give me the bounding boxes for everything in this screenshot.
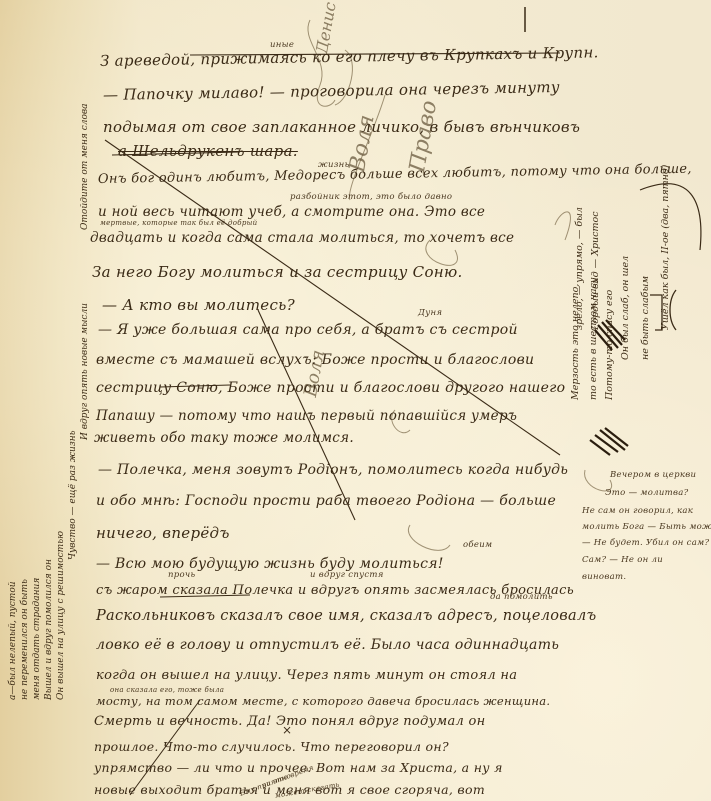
text-line: — Всю мою будущую жизнь буду молиться! [96,556,444,572]
right-margin-note: Ушёл как был, II-ое (два, пятно) [660,165,671,330]
right-lower-note: Сам? — Не он ли [582,555,663,565]
left-margin-note: меня отдать страдания [32,578,42,700]
text-line: вместе съ мамашей вслухъ: Боже прости и … [96,352,534,368]
manuscript-page: × Денис Воля Право Воля З ареведой, приж… [0,0,711,801]
right-margin-note: не быть слабым [640,276,651,360]
text-line: Смерть и вечность. Да! Это понял вдруг п… [94,714,486,729]
text-line: мосту, на том самом месте, с которого да… [96,694,550,708]
interlinear-note: да помолить [490,592,553,602]
left-margin-note: Он вышел на улицу с решимостью [56,531,66,700]
text-line: — Полечка, меня зовутъ Родіонъ, помолите… [98,462,568,478]
left-margin-note: а—был нелепый, пустой [8,581,18,700]
right-margin-note: Он был слаб, он шел [620,256,631,360]
text-line: когда он вышел на улицу. Через пять мину… [96,668,517,683]
text-line: сестрицу Соню, Боже прости и благослови … [96,380,565,396]
text-line: ничего, вперёдъ [96,524,230,542]
text-line: двадцать и когда сама стала молиться, то… [90,230,514,246]
text-line: Папашу — потому что нашъ первый попавшій… [96,408,517,424]
right-margin-note: Потому-то спасу его [604,290,615,400]
interlinear-note: обеим [463,540,492,550]
interlinear-note: Дуня [418,308,442,318]
text-line: ловко её в голову и отпустилъ её. Было ч… [96,637,559,653]
interlinear-note: прочь [168,570,195,580]
right-lower-note: виноват. [582,572,626,582]
text-line: За него Богу молиться и за сестрицу Соню… [92,263,463,281]
interlinear-note: жизнь [318,160,350,170]
interlinear-note: и вдруг спустя [310,570,384,580]
text-line: подымая от свое заплаканное личико, в бы… [103,118,580,136]
text-line: Раскольниковъ сказалъ свое имя, сказалъ … [96,608,596,624]
right-lower-note: Это — молитва? [605,488,688,498]
left-margin-note: не переменился он быть [20,579,30,700]
interlinear-note: разбойник этот, это было давно [290,192,452,202]
interlinear-note: мертвые, которые так был её добрый [100,219,257,227]
text-line: — А кто вы молитесь? [102,296,295,314]
text-line: живеть обо таку тоже молимся. [94,430,354,446]
text-line-struck: а Шельдрукенъ шара. [118,142,298,160]
right-lower-note: Не сам он говорил, как [582,506,693,516]
left-margin-note: Отойдите от меня слова [80,104,90,231]
text-line: — Я уже большая сама про себя, а братъ с… [98,322,518,338]
right-lower-note: молить Бога — Быть может [582,522,711,532]
text-line: и обо мнѣ: Господи прости раба твоего Ро… [96,493,556,509]
text-line: Онъ бог одинъ любитъ, Медоресъ больше вс… [98,162,692,187]
text-line: прошлое. Что-то случилось. Что переговор… [94,739,449,754]
text-line: — Папочку милаво! — проговорила она чере… [103,78,560,104]
left-margin-note: И вдруг опять новые мысли [80,303,90,440]
text-line: З ареведой, прижимаясь ко его плечу въ К… [100,43,599,70]
right-margin-note: Мерзость это нелепо, [570,284,581,400]
right-lower-note: Вечером в церкви [610,470,696,480]
text-line: и ной весь читают учеб, а смотрите она. … [98,204,485,220]
right-lower-note: — Не будет. Убил он сам? [582,538,709,548]
flourish-3: Право [405,99,442,175]
interlinear-note: она сказала его, тоже была [110,686,224,694]
left-margin-note: Чувство — ещё раз жизнь [68,430,78,560]
right-margin-note: то есть в шестом часу [588,278,599,400]
interlinear-note: иные [270,40,294,50]
left-margin-note: Вышел и вдруг помолился он [44,559,54,700]
